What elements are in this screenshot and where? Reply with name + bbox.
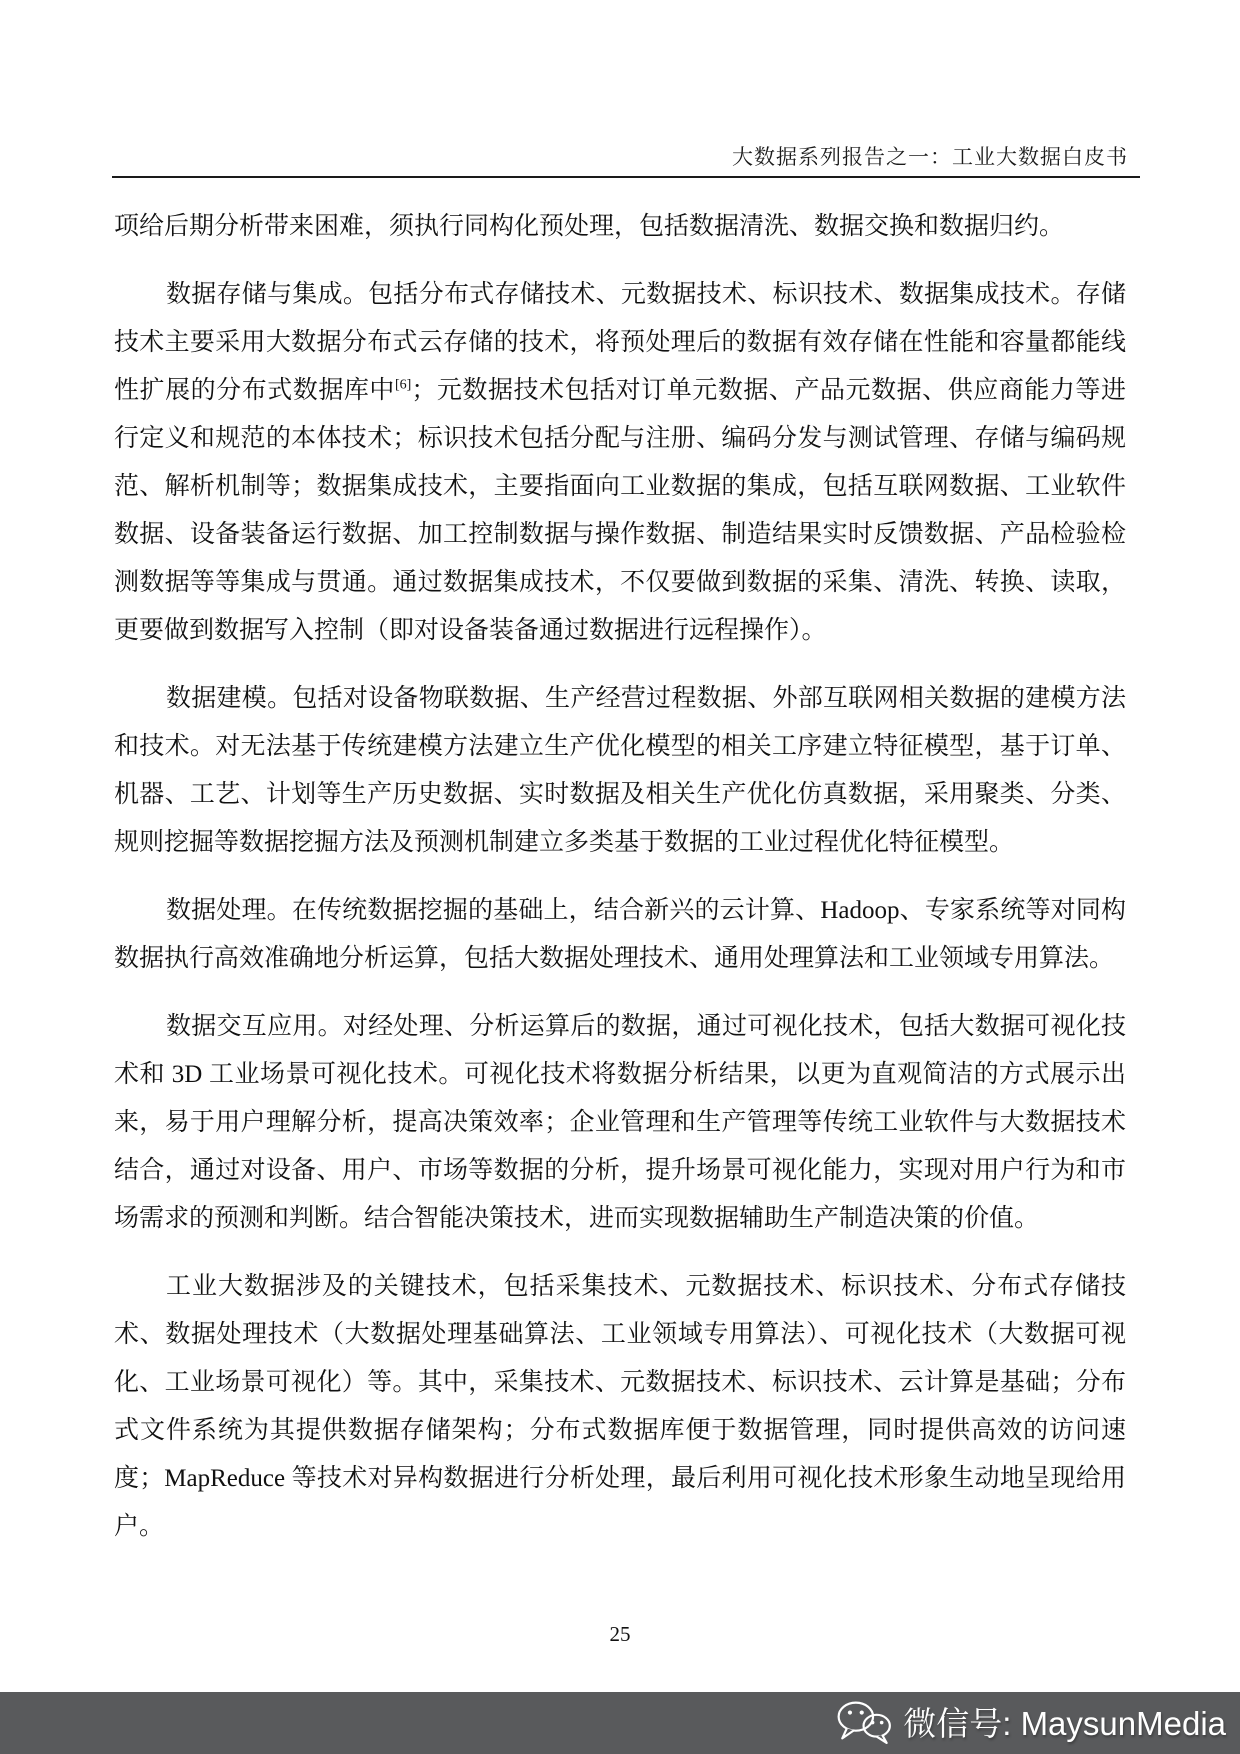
paragraph-text: 工业大数据涉及的关键技术，包括采集技术、元数据技术、标识技术、分布式存储技术、数…	[114, 1273, 1126, 1540]
page-header-title: 大数据系列报告之一：工业大数据白皮书	[112, 141, 1128, 171]
paragraph-text: ；元数据技术包括对订单元数据、产品元数据、供应商能力等进行定义和规范的本体技术；…	[114, 377, 1126, 644]
header-divider	[112, 176, 1140, 178]
document-body: 项给后期分析带来困难，须执行同构化预处理，包括数据清洗、数据交换和数据归约。数据…	[114, 203, 1126, 1571]
paragraph: 数据建模。包括对设备物联数据、生产经营过程数据、外部互联网相关数据的建模方法和技…	[114, 675, 1126, 867]
watermark-text: 微信号: MaysunMedia	[903, 1707, 1226, 1740]
watermark-bar: 微信号: MaysunMedia	[0, 1692, 1240, 1754]
paragraph-text: 数据建模。包括对设备物联数据、生产经营过程数据、外部互联网相关数据的建模方法和技…	[114, 685, 1126, 856]
paragraph-text: 数据处理。在传统数据挖掘的基础上，结合新兴的云计算、Hadoop、专家系统等对同…	[114, 897, 1126, 972]
page-number: 25	[114, 1622, 1126, 1647]
paragraph-text: 数据交互应用。对经处理、分析运算后的数据，通过可视化技术，包括大数据可视化技术和…	[114, 1013, 1126, 1232]
paragraph: 工业大数据涉及的关键技术，包括采集技术、元数据技术、标识技术、分布式存储技术、数…	[114, 1263, 1126, 1551]
paragraph: 数据处理。在传统数据挖掘的基础上，结合新兴的云计算、Hadoop、专家系统等对同…	[114, 887, 1126, 983]
document-page: 大数据系列报告之一：工业大数据白皮书 项给后期分析带来困难，须执行同构化预处理，…	[0, 0, 1240, 1754]
paragraph: 数据交互应用。对经处理、分析运算后的数据，通过可视化技术，包括大数据可视化技术和…	[114, 1003, 1126, 1243]
paragraph-text: 项给后期分析带来困难，须执行同构化预处理，包括数据清洗、数据交换和数据归约。	[114, 213, 1064, 240]
paragraph: 项给后期分析带来困难，须执行同构化预处理，包括数据清洗、数据交换和数据归约。	[114, 203, 1126, 251]
footnote-reference: [6]	[395, 378, 411, 393]
wechat-icon	[835, 1699, 893, 1747]
paragraph: 数据存储与集成。包括分布式存储技术、元数据技术、标识技术、数据集成技术。存储技术…	[114, 271, 1126, 655]
